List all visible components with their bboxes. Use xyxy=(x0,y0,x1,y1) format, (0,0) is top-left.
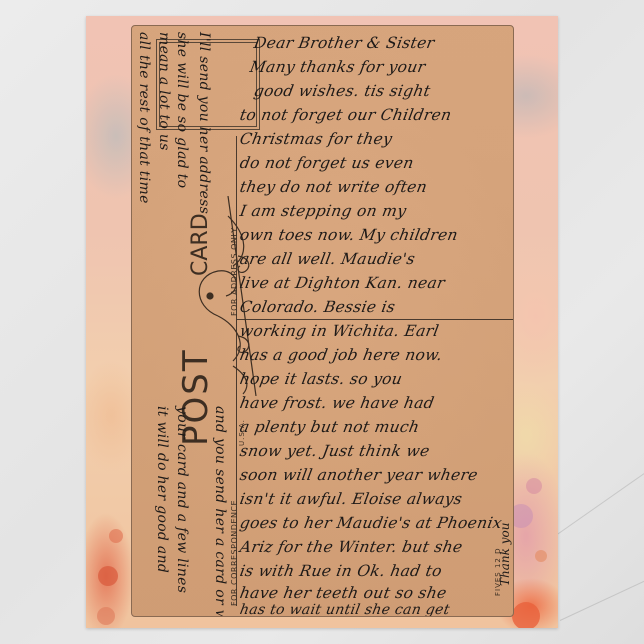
message-line: isn't it awful. Eloise always xyxy=(238,490,463,508)
message-line: has to wait until she can get xyxy=(239,602,451,617)
message-line: live at Dighton Kan. near xyxy=(238,274,446,292)
message-line: Ariz for the Winter. but she xyxy=(238,538,464,556)
message-line: soon will another year where xyxy=(238,466,479,484)
message-line: hope it lasts. so you xyxy=(238,370,403,388)
message-line: is with Rue in Ok. had to xyxy=(238,562,443,580)
margin-line: and you send her a card or write xyxy=(212,406,228,617)
message-line: a plenty but not much xyxy=(238,418,420,436)
margin-line: your card and a few lines xyxy=(174,406,190,593)
margin-line: all the rest of that time xyxy=(136,32,152,204)
message-line: have her teeth out so she xyxy=(238,584,448,602)
margin-line: mean a lot to us xyxy=(156,32,172,151)
message-line: are all well. Maudie's xyxy=(238,250,416,268)
divider-horizontal xyxy=(236,319,513,320)
message-line: own toes now. My children xyxy=(238,226,459,244)
postcard: FOR ADDRESS ONLY FOR CORRESPONDENCE POST… xyxy=(131,25,514,617)
message-line: do not forget us even xyxy=(238,154,415,172)
message-line: Christmas for they xyxy=(238,130,393,148)
message-line: have frost. we have had xyxy=(238,394,435,412)
message-line: has a good job here now. xyxy=(238,346,443,364)
message-line: snow yet. Just think we xyxy=(238,442,431,460)
correspondence-label: FOR CORRESPONDENCE xyxy=(230,500,239,606)
message-line: Many thanks for your xyxy=(248,58,427,76)
message-line: Colorado. Bessie is xyxy=(238,298,396,316)
message-line: goes to her Maudie's at Phoenix xyxy=(238,514,503,532)
right-edge-note: Thank you xyxy=(498,523,512,586)
message-line: to not forget our Children xyxy=(238,106,453,124)
marble-vein xyxy=(560,569,644,621)
message-line: good wishes. tis sight xyxy=(252,82,431,100)
margin-line: she will be so glad to xyxy=(174,32,190,188)
message-line: I am stepping on my xyxy=(238,202,407,220)
message-line: they do not write often xyxy=(238,178,428,196)
margin-line: I'll send you her address xyxy=(196,32,212,214)
message-line: working in Wichita. Earl xyxy=(238,322,440,340)
margin-line: it will do her good and xyxy=(154,406,170,573)
message-line: Dear Brother & Sister xyxy=(252,34,436,52)
